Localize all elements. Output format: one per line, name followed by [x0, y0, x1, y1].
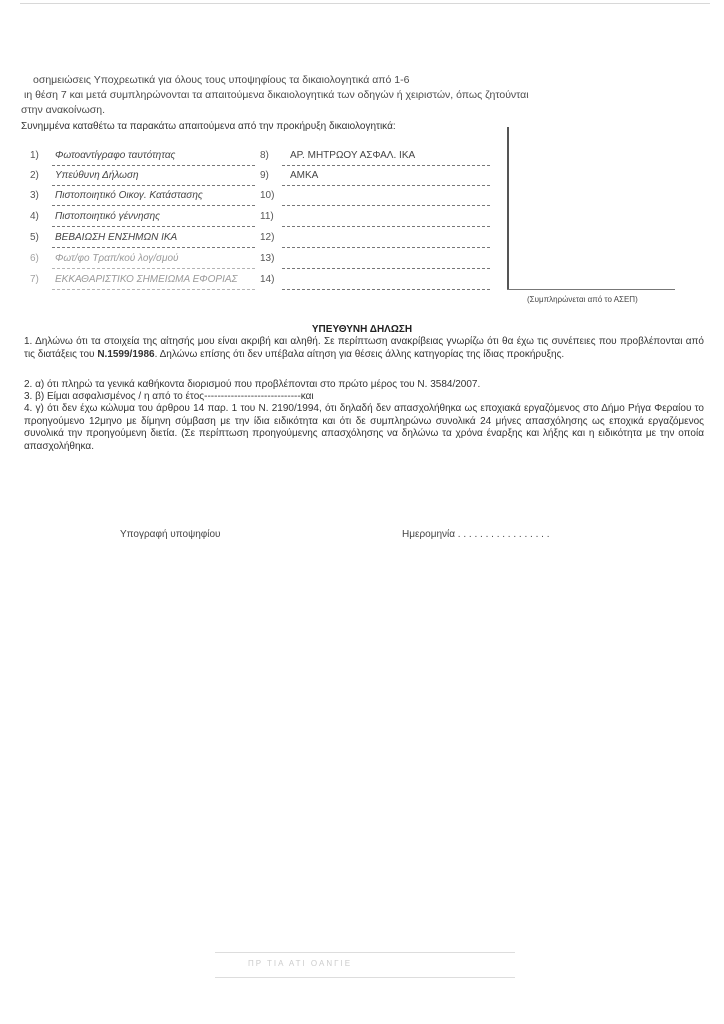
item-value: ΒΕΒΑΙΩΣΗ ΕΝΣΗΜΩΝ ΙΚΑ	[55, 232, 177, 243]
fill-line	[282, 205, 490, 206]
candidate-signature-label: Υπογραφή υποψηφίου	[120, 529, 221, 540]
item-number: 7)	[30, 274, 39, 285]
document-item[interactable]: 3) Πιστοποιητικό Οικογ. Κατάστασης	[30, 190, 255, 206]
document-item[interactable]: 13)	[260, 253, 490, 269]
fill-line	[282, 247, 490, 248]
fill-line	[52, 205, 255, 206]
item-number: 12)	[260, 232, 274, 243]
stamp-line	[215, 977, 515, 978]
date-field[interactable]: Ημερομηνία . . . . . . . . . . . . . . .…	[402, 529, 549, 540]
fill-line	[282, 226, 490, 227]
item-number: 1)	[30, 150, 39, 161]
document-item[interactable]: 2) Υπεύθυνη Δήλωση	[30, 170, 255, 186]
attachments-heading: Συνημμένα καταθέτω τα παρακάτω απαιτούμε…	[21, 120, 396, 133]
fill-line	[52, 289, 255, 290]
declaration-paragraph-2: 2. α) ότι πληρώ τα γενικά καθήκοντα διορ…	[24, 379, 704, 392]
item-number: 6)	[30, 253, 39, 264]
asep-box-left-border	[507, 127, 509, 290]
fill-line	[52, 185, 255, 186]
declaration-title: ΥΠΕΥΘΥΝΗ ΔΗΛΩΣΗ	[0, 324, 724, 335]
item-value: Πιστοποιητικό Οικογ. Κατάστασης	[55, 190, 203, 201]
scan-edge	[20, 3, 710, 4]
item-number: 8)	[260, 150, 269, 161]
item-number: 4)	[30, 211, 39, 222]
item-value: ΑΜΚΑ	[290, 170, 318, 181]
law-reference: Ν.1599/1986	[97, 349, 154, 360]
intro-note-line-2: ιη θέση 7 και μετά συμπληρώνονται τα απα…	[24, 89, 529, 102]
item-value: Φωτ/φο Τραπ/κού λογ/σμού	[55, 253, 179, 264]
document-item[interactable]: 7) ΕΚΚΑΘΑΡΙΣΤΙΚΟ ΣΗΜΕΙΩΜΑ ΕΦΟΡΙΑΣ	[30, 274, 255, 290]
item-number: 3)	[30, 190, 39, 201]
document-item[interactable]: 1) Φωτοαντίγραφο ταυτότητας	[30, 150, 255, 166]
item-value: Φωτοαντίγραφο ταυτότητας	[55, 150, 175, 161]
fill-line	[52, 268, 255, 269]
fill-line	[282, 289, 490, 290]
document-item[interactable]: 11)	[260, 211, 490, 227]
fill-line	[52, 226, 255, 227]
item-number: 11)	[260, 211, 274, 222]
document-item[interactable]: 4) Πιστοποιητικό γέννησης	[30, 211, 255, 227]
document-item[interactable]: 6) Φωτ/φο Τραπ/κού λογ/σμού	[30, 253, 255, 269]
declaration-paragraph-3: 3. β) Είμαι ασφαλισμένος / η από το έτος…	[24, 391, 704, 404]
item-number: 10)	[260, 190, 274, 201]
asep-box-caption: (Συμπληρώνεται από το ΑΣΕΠ)	[527, 295, 638, 304]
fill-line	[52, 165, 255, 166]
item-value: Υπεύθυνη Δήλωση	[55, 170, 139, 181]
declaration-paragraph-1: 1. Δηλώνω ότι τα στοιχεία της αίτησής μο…	[24, 336, 704, 361]
document-item[interactable]: 8) ΑΡ. ΜΗΤΡΩΟΥ ΑΣΦΑΛ. ΙΚΑ	[260, 150, 490, 166]
fill-line	[52, 247, 255, 248]
item-number: 13)	[260, 253, 274, 264]
document-item[interactable]: 14)	[260, 274, 490, 290]
intro-note-line-1: οσημειώσεις Υποχρεωτικά για όλους τους υ…	[33, 74, 409, 87]
document-item[interactable]: 9) ΑΜΚΑ	[260, 170, 490, 186]
stamp-line	[215, 952, 515, 953]
declaration-paragraph-4: 4. γ) ότι δεν έχω κώλυμα του άρθρου 14 π…	[24, 403, 704, 453]
document-item[interactable]: 10)	[260, 190, 490, 206]
item-number: 14)	[260, 274, 274, 285]
item-number: 5)	[30, 232, 39, 243]
item-number: 9)	[260, 170, 269, 181]
item-value: ΑΡ. ΜΗΤΡΩΟΥ ΑΣΦΑΛ. ΙΚΑ	[290, 150, 415, 161]
fill-line	[282, 185, 490, 186]
item-number: 2)	[30, 170, 39, 181]
document-item[interactable]: 5) ΒΕΒΑΙΩΣΗ ΕΝΣΗΜΩΝ ΙΚΑ	[30, 232, 255, 248]
fill-line	[282, 268, 490, 269]
fill-line	[282, 165, 490, 166]
intro-note-line-3: στην ανακοίνωση.	[21, 104, 105, 117]
asep-box-bottom-border	[507, 289, 675, 290]
item-value: Πιστοποιητικό γέννησης	[55, 211, 160, 222]
item-value: ΕΚΚΑΘΑΡΙΣΤΙΚΟ ΣΗΜΕΙΩΜΑ ΕΦΟΡΙΑΣ	[55, 274, 238, 285]
document-item[interactable]: 12)	[260, 232, 490, 248]
stamp-text: ΠΡ ΤΙΑ ΑΤΙ ΟΑΝΓΙΕ	[248, 959, 352, 968]
